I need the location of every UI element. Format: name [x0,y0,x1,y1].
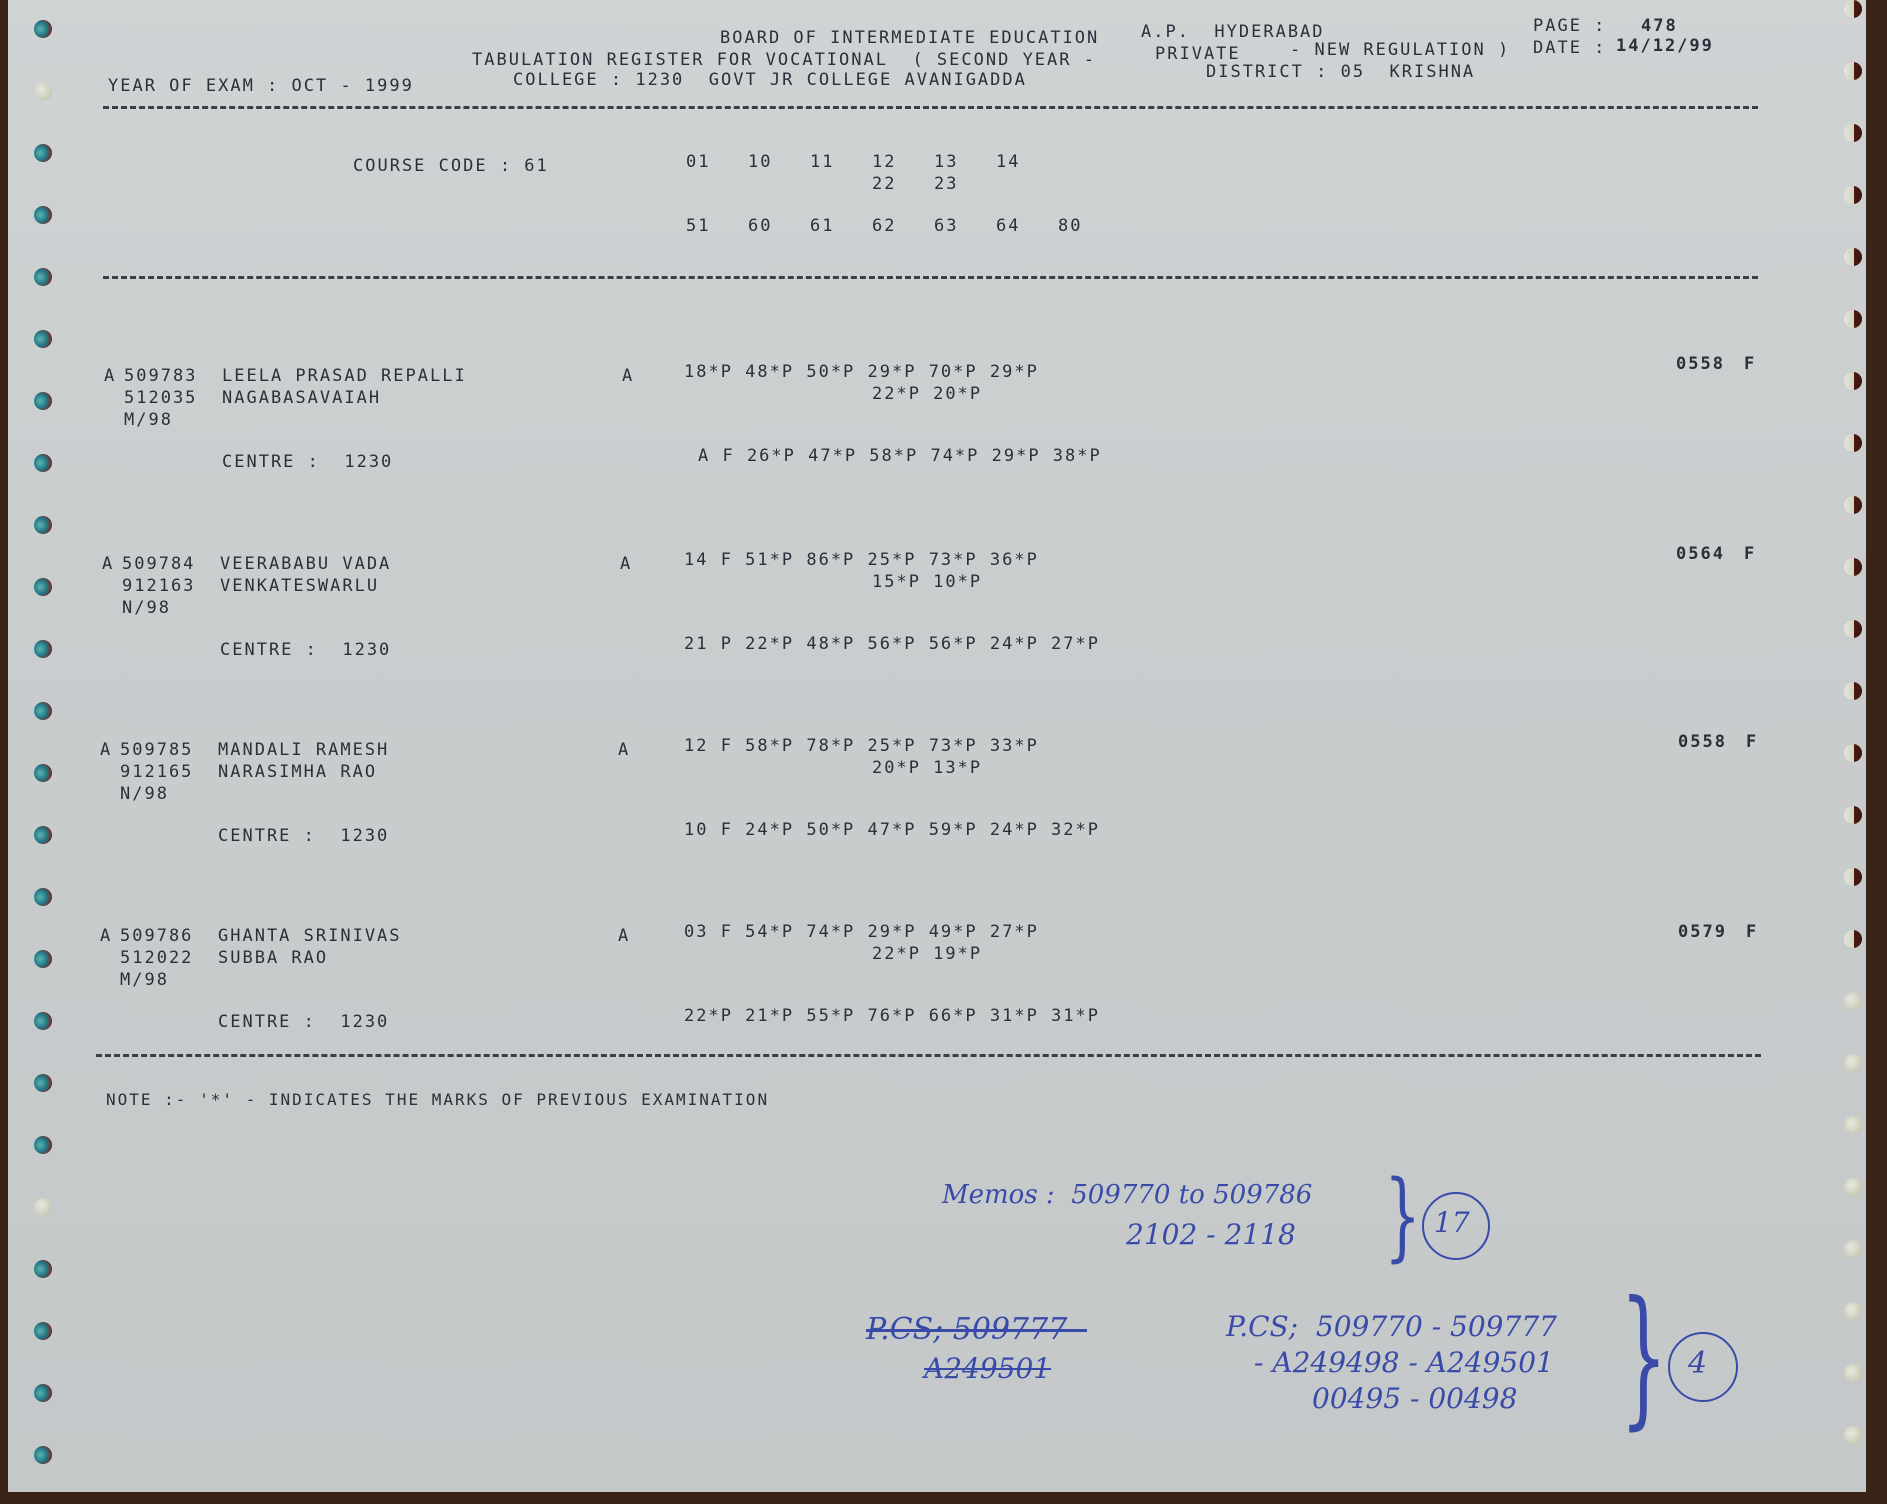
candidate-name: MANDALI RAMESH [218,740,389,760]
father-name: VENKATESWARLU [220,576,379,596]
memos-count: 17 [1434,1206,1470,1239]
printout-sheet: BOARD OF INTERMEDIATE EDUCATION A.P. HYD… [8,0,1866,1492]
total-marks: 0558 [1676,354,1725,374]
brace-icon: } [1620,1282,1668,1432]
hall-ticket-number: 509783 [124,366,197,386]
previous-exam: M/98 [124,410,173,430]
pcs-struck-line-2: A249501 [924,1352,1051,1385]
page-number: 478 [1641,16,1678,36]
marks-row-1-sub: 20*P 13*P [872,758,982,778]
centre: CENTRE : 1230 [218,826,389,846]
district-info: DISTRICT : 05 KRISHNA [1206,62,1475,82]
grade: A [618,926,630,946]
hall-ticket-number: 509785 [120,740,193,760]
candidate-prefix: A [100,740,112,760]
subject-code: 62 [872,216,896,236]
subject-code: 64 [996,216,1020,236]
registration-number: 512022 [120,948,193,968]
register-title: TABULATION REGISTER FOR VOCATIONAL ( SEC… [472,50,1096,70]
board-name: BOARD OF INTERMEDIATE EDUCATION [720,28,1099,48]
marks-row-2: 10 F 24*P 50*P 47*P 59*P 24*P 32*P [684,820,1100,840]
marks-row-1: 18*P 48*P 50*P 29*P 70*P 29*P [684,362,1039,382]
marks-row-2: 21 P 22*P 48*P 56*P 56*P 24*P 27*P [684,634,1100,654]
previous-exam: M/98 [120,970,169,990]
centre: CENTRE : 1230 [222,452,393,472]
brace-icon: } [1384,1168,1421,1264]
subject-code: 12 [872,152,896,172]
college-info: COLLEGE : 1230 GOVT JR COLLEGE AVANIGADD… [513,70,1027,90]
registration-number: 912165 [120,762,193,782]
subject-code: 61 [810,216,834,236]
marks-row-1: 12 F 58*P 78*P 25*P 73*P 33*P [684,736,1039,756]
registration-number: 912163 [122,576,195,596]
centre: CENTRE : 1230 [220,640,391,660]
total-marks: 0558 [1678,732,1727,752]
hall-ticket-number: 509784 [122,554,195,574]
footer-divider [96,1054,1761,1057]
year-of-exam: YEAR OF EXAM : OCT - 1999 [108,76,414,96]
pcs-range-2: - A249498 - A249501 [1254,1346,1554,1379]
previous-exam: N/98 [122,598,171,618]
centre: CENTRE : 1230 [218,1012,389,1032]
page-label: PAGE : [1533,16,1606,36]
total-marks: 0579 [1678,922,1727,942]
subject-code: 80 [1058,216,1082,236]
grade: A [618,740,630,760]
pcs-range-3: 00495 - 00498 [1312,1382,1517,1415]
marks-row-2: 22*P 21*P 55*P 76*P 66*P 31*P 31*P [684,1006,1100,1026]
subject-code: 01 [686,152,710,172]
result: F [1744,354,1756,374]
subject-code: 23 [934,174,958,194]
grade: A [622,366,634,386]
course-code-label: COURSE CODE : 61 [353,156,549,176]
father-name: NAGABASAVAIAH [222,388,381,408]
exam-category: PRIVATE [1155,44,1241,64]
hall-ticket-number: 509786 [120,926,193,946]
header-divider [103,106,1758,109]
subject-code: 11 [810,152,834,172]
marks-row-1-sub: 22*P 20*P [872,384,982,404]
date-value: 14/12/99 [1616,36,1714,56]
candidate-prefix: A [100,926,112,946]
result: F [1746,732,1758,752]
marks-row-1: 14 F 51*P 86*P 25*P 73*P 36*P [684,550,1039,570]
footnote: NOTE :- '*' - INDICATES THE MARKS OF PRE… [106,1090,769,1109]
subject-code: 51 [686,216,710,236]
subject-code: 10 [748,152,772,172]
subject-code: 63 [934,216,958,236]
pcs-count: 4 [1688,1346,1707,1381]
marks-row-1-sub: 15*P 10*P [872,572,982,592]
marks-row-2: A F 26*P 47*P 58*P 74*P 29*P 38*P [698,446,1102,466]
father-name: NARASIMHA RAO [218,762,377,782]
memos-range: Memos : 509770 to 509786 [942,1180,1312,1210]
subject-code: 13 [934,152,958,172]
father-name: SUBBA RAO [218,948,328,968]
candidate-name: GHANTA SRINIVAS [218,926,402,946]
result: F [1746,922,1758,942]
candidate-name: VEERABABU VADA [220,554,391,574]
course-divider [103,276,1758,279]
registration-number: 512035 [124,388,197,408]
pcs-range-1: P.CS; 509770 - 509777 [1226,1310,1557,1343]
candidate-name: LEELA PRASAD REPALLI [222,366,467,386]
grade: A [620,554,632,574]
date-label: DATE : [1533,38,1606,58]
candidate-prefix: A [104,366,116,386]
marks-row-1: 03 F 54*P 74*P 29*P 49*P 27*P [684,922,1039,942]
total-marks: 0564 [1676,544,1725,564]
result: F [1744,544,1756,564]
marks-row-1-sub: 22*P 19*P [872,944,982,964]
regulation: - NEW REGULATION ) [1290,40,1510,60]
previous-exam: N/98 [120,784,169,804]
board-location: A.P. HYDERABAD [1141,22,1325,42]
memos-serials: 2102 - 2118 [1126,1218,1296,1251]
subject-code: 60 [748,216,772,236]
subject-code: 14 [996,152,1020,172]
candidate-prefix: A [102,554,114,574]
subject-code: 22 [872,174,896,194]
pcs-struck-line-1: P.CS; 509777 - [866,1312,1087,1347]
